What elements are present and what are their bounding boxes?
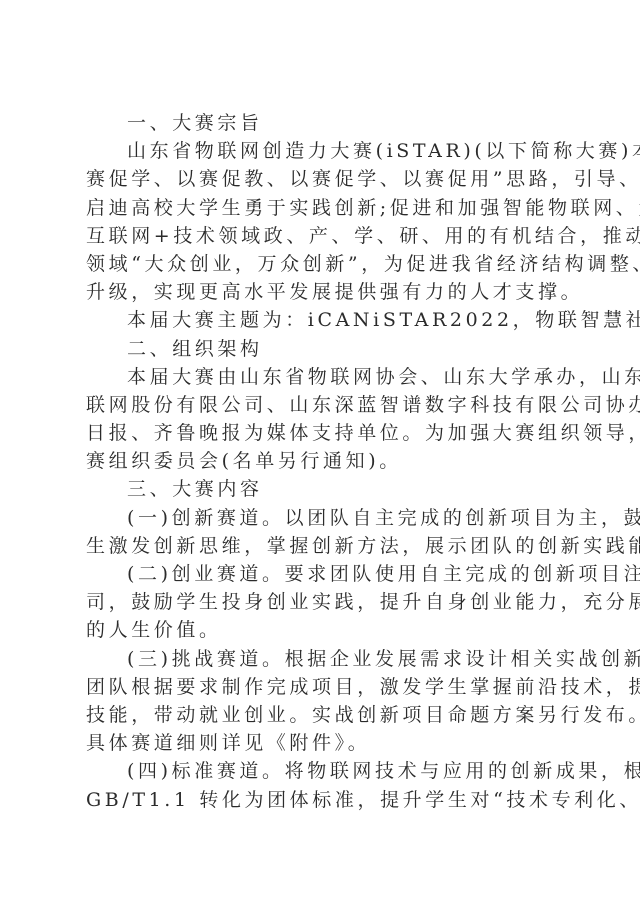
paragraph-line: 司，鼓励学生投身创业实践，提升自身创业能力，充分展现自我 [86,588,560,616]
paragraph-line: 升级，实现更高水平发展提供强有力的人才支撑。 [86,278,560,306]
section-heading-content: 三、大赛内容 [86,475,560,503]
paragraph-line: 互联网+技术领域政、产、学、研、用的有机结合，推动物联网 [86,222,560,250]
track-entrepreneurship-line: (二)创业赛道。要求团队使用自主完成的创新项目注册公 [86,560,560,588]
paragraph-line: 生激发创新思维，掌握创新方法，展示团队的创新实践能力。 [86,532,560,560]
paragraph-line: 赛促学、以赛促教、以赛促学、以赛促用”思路，引导、激励、 [86,165,560,193]
paragraph-line: 的人生价值。 [86,616,560,644]
paragraph-line: 联网股份有限公司、山东深蓝智谱数字科技有限公司协办，大众 [86,391,560,419]
paragraph-line: 本届大赛由山东省物联网协会、山东大学承办，山东有人物 [86,363,560,391]
paragraph-line: 团队根据要求制作完成项目，激发学生掌握前沿技术，提升实战 [86,673,560,701]
paragraph-line: 赛组织委员会(名单另行通知)。 [86,447,560,475]
section-heading-organization: 二、组织架构 [86,335,560,363]
paragraph-line: GB/T1.1 转化为团体标准，提升学生对“技术专利化、专利标准 [86,786,560,814]
paragraph-line: 领域“大众创业，万众创新”，为促进我省经济结构调整、转型 [86,250,560,278]
track-standard-line: (四)标准赛道。将物联网技术与应用的创新成果，根据 [86,757,560,785]
paragraph-line: 技能，带动就业创业。实战创新项目命题方案另行发布。 [86,701,560,729]
track-innovation-line: (一)创新赛道。以团队自主完成的创新项目为主，鼓励学 [86,504,560,532]
document-page: 一、大赛宗旨 山东省物联网创造力大赛(iSTAR)(以下简称大赛)本着“以 赛促… [86,109,560,814]
track-challenge-line: (三)挑战赛道。根据企业发展需求设计相关实战创新赛题， [86,645,560,673]
paragraph-line: 日报、齐鲁晚报为媒体支持单位。为加强大赛组织领导，成立大 [86,419,560,447]
section-heading-purpose: 一、大赛宗旨 [86,109,560,137]
theme-line: 本届大赛主题为：iCANiSTAR2022，物联智慧社会! [86,306,560,334]
paragraph-line: 山东省物联网创造力大赛(iSTAR)(以下简称大赛)本着“以 [86,137,560,165]
attachment-reference-line: 具体赛道细则详见《附件》。 [86,729,560,757]
paragraph-line: 启迪高校大学生勇于实践创新;促进和加强智能物联网、大数据、 [86,194,560,222]
